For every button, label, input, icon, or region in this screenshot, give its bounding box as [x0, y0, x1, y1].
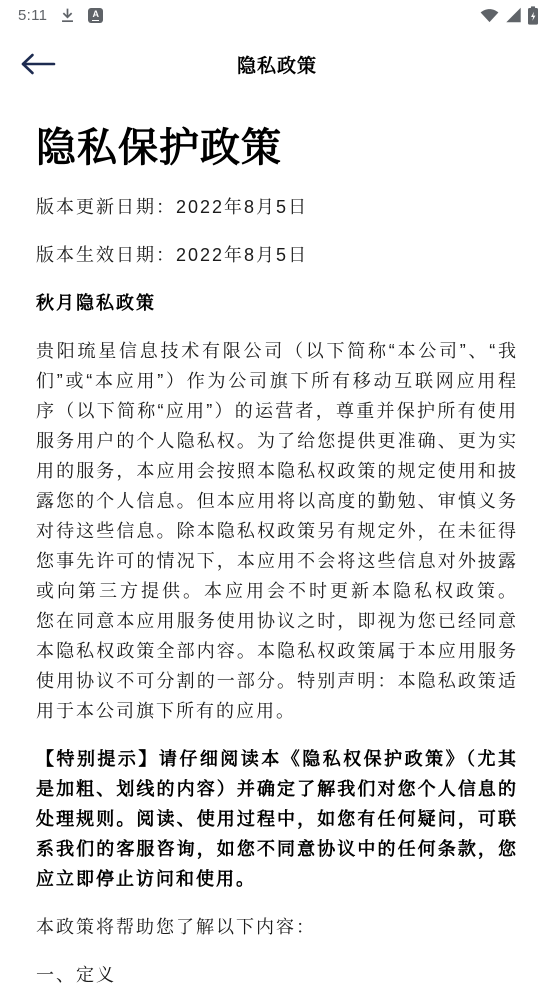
- wifi-icon: [480, 7, 499, 23]
- version-update-date: 版本更新日期：2022年8月5日: [36, 192, 518, 222]
- back-button[interactable]: [14, 44, 62, 84]
- battery-charging-icon: [528, 6, 538, 25]
- clock-time: 5:11: [18, 7, 47, 24]
- ime-a-icon: A: [88, 8, 103, 23]
- status-bar-right: [480, 6, 538, 25]
- intro-paragraph: 贵阳琉星信息技术有限公司（以下简称“本公司”、“我们”或“本应用”）作为公司旗下…: [36, 336, 518, 726]
- policy-document[interactable]: 隐私保护政策 版本更新日期：2022年8月5日 版本生效日期：2022年8月5日…: [0, 122, 554, 984]
- cellular-signal-icon: [505, 7, 522, 23]
- status-bar: 5:11 A: [0, 0, 554, 30]
- special-notice-paragraph: 【特别提示】请仔细阅读本《隐私权保护政策》（尤其是加粗、划线的内容）并确定了解我…: [36, 744, 518, 894]
- section-heading-1: 一、定义: [36, 960, 518, 984]
- status-bar-left: 5:11 A: [18, 7, 103, 24]
- back-arrow-icon: [19, 52, 57, 76]
- download-icon: [59, 7, 76, 24]
- page-title: 隐私政策: [237, 51, 317, 78]
- document-title: 隐私保护政策: [36, 122, 518, 174]
- app-header: 隐私政策: [0, 30, 554, 98]
- help-intro: 本政策将帮助您了解以下内容：: [36, 912, 518, 942]
- version-effective-date: 版本生效日期：2022年8月5日: [36, 240, 518, 270]
- policy-name: 秋月隐私政策: [36, 288, 518, 318]
